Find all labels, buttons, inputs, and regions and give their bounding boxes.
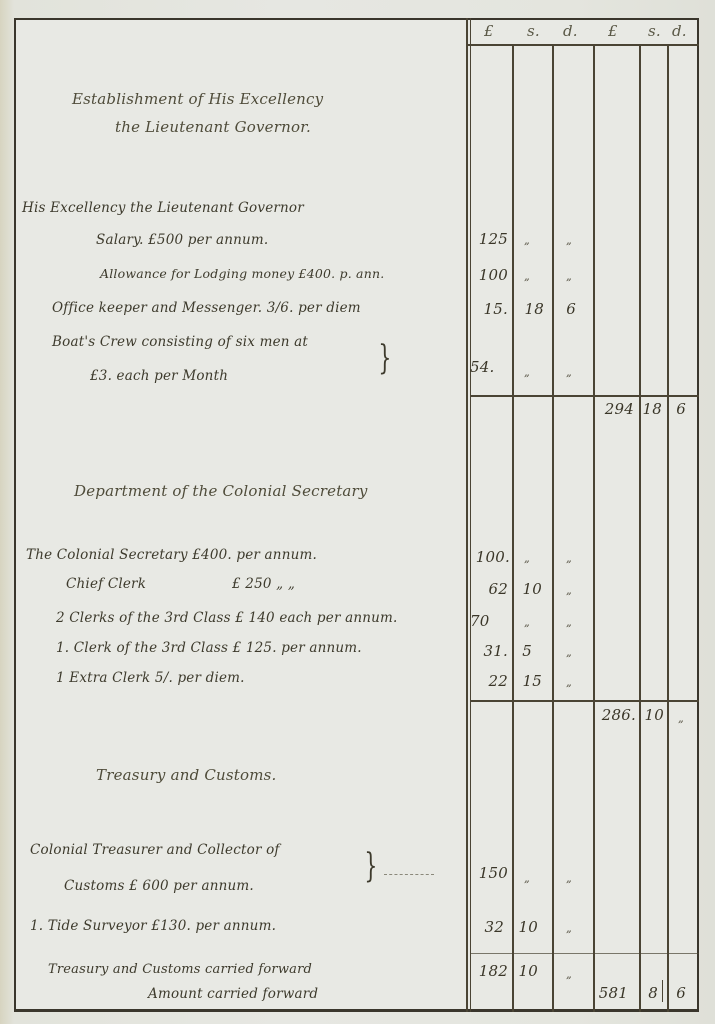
amount-carried-forward-shillings: 8 — [644, 984, 658, 1002]
column-rule-shillings — [512, 45, 514, 1012]
ledger-frame — [14, 18, 699, 1012]
entry-lodging: Allowance for Lodging money £400. p. ann… — [100, 266, 384, 281]
column-rule-main — [466, 18, 468, 1012]
column-rule-total-shillings — [639, 45, 641, 1012]
entry-extra-clerk-pence: „ — [566, 676, 572, 689]
entry-tide-surveyor: 1. Tide Surveyor £130. per annum. — [30, 918, 276, 934]
entry-clerks-3rd-class-140-shillings: „ — [524, 616, 530, 629]
entry-salary-shillings: „ — [524, 234, 530, 247]
section-2-total-pounds: 286. — [596, 706, 636, 724]
section-1-title-line1: Establishment of His Excellency — [72, 90, 323, 108]
carried-forward-separator — [662, 980, 663, 1002]
entry-clerks-3rd-class-140-pounds: 70 — [470, 612, 498, 630]
entry-colonial-treasurer-line1: Colonial Treasurer and Collector of — [30, 842, 280, 858]
entry-extra-clerk-shillings: 15 — [516, 672, 542, 690]
entry-boat-crew-line2: £3. each per Month — [90, 368, 228, 384]
column-rule-total-pence — [667, 45, 669, 1012]
entry-colonial-treasurer-shillings: „ — [524, 872, 530, 885]
entry-clerk-3rd-class-125-shillings: 5 — [516, 642, 532, 660]
section-2-title: Department of the Colonial Secretary — [74, 482, 368, 500]
treasury-carried-forward-pounds: 182 — [474, 962, 508, 980]
entry-boat-crew-pounds: 54. — [470, 358, 498, 376]
amount-carried-forward: Amount carried forward — [148, 986, 318, 1002]
entry-colonial-secretary-shillings: „ — [524, 552, 530, 565]
entry-extra-clerk-pounds: 22 — [474, 672, 508, 690]
entry-clerk-3rd-class-125-pounds: 31. — [474, 642, 508, 660]
column-rule-main-double — [470, 18, 471, 1012]
entry-extra-clerk: 1 Extra Clerk 5/. per diem. — [56, 670, 245, 686]
entry-clerks-3rd-class-140: 2 Clerks of the 3rd Class £ 140 each per… — [56, 610, 398, 626]
entry-chief-clerk: Chief Clerk — [66, 576, 146, 592]
entry-clerk-3rd-class-125: 1. Clerk of the 3rd Class £ 125. per ann… — [56, 640, 362, 656]
section-2-total-shillings: 10 — [642, 706, 664, 724]
entry-chief-clerk-pence: „ — [566, 584, 572, 597]
section-1-title-line2: the Lieutenant Governor. — [115, 118, 311, 136]
entry-chief-clerk-pounds: 62 — [474, 580, 508, 598]
entry-boat-crew-line1: Boat's Crew consisting of six men at — [52, 334, 308, 350]
entry-colonial-treasurer-pence: „ — [566, 872, 572, 885]
header-shillings: s. — [527, 22, 540, 40]
header-total-pounds: £ — [608, 22, 618, 40]
entry-lodging-shillings: „ — [524, 270, 530, 283]
entry-office-keeper-shillings: 18 — [516, 300, 544, 318]
entry-lodging-pounds: 100 — [474, 266, 508, 284]
subtotal-rule-1 — [470, 395, 699, 397]
entry-salary-pounds: 125 — [474, 230, 508, 248]
entry-colonial-secretary: The Colonial Secretary £400. per annum. — [26, 547, 317, 563]
entry-colonial-treasurer-line2: Customs £ 600 per annum. — [64, 878, 254, 894]
entry-tide-surveyor-shillings: 10 — [516, 918, 538, 936]
entry-lodging-pence: „ — [566, 270, 572, 283]
subtotal-rule-3 — [470, 953, 699, 954]
header-pence: d. — [563, 22, 578, 40]
treasury-carried-forward: Treasury and Customs carried forward — [48, 962, 312, 977]
entry-tide-surveyor-pounds: 32 — [474, 918, 504, 936]
entry-chief-clerk-rate: £ 250 „ „ — [232, 576, 295, 592]
section-2-total-pence: „ — [678, 712, 684, 725]
section-1-total-pounds: 294 — [596, 400, 634, 418]
entry-salary-pence: „ — [566, 234, 572, 247]
leader-dash — [384, 874, 434, 875]
brace-boat-crew: } — [378, 338, 391, 378]
entry-office-keeper: Office keeper and Messenger. 3/6. per di… — [52, 300, 361, 316]
section-1-total-pence: 6 — [672, 400, 686, 418]
section-3-title: Treasury and Customs. — [96, 766, 277, 784]
entry-office-keeper-pounds: 15. — [474, 300, 508, 318]
entry-colonial-secretary-pounds: 100. — [470, 548, 510, 566]
section-1-total-shillings: 18 — [642, 400, 662, 418]
entry-boat-crew-shillings: „ — [524, 366, 530, 379]
entry-colonial-treasurer-pounds: 150 — [474, 864, 508, 882]
ledger-page: £ s. d. £ s. d. Establishment of His Exc… — [0, 0, 715, 1024]
treasury-carried-forward-shillings: 10 — [516, 962, 538, 980]
amount-carried-forward-pence: 6 — [672, 984, 686, 1002]
header-total-shillings: s. — [648, 22, 661, 40]
header-pounds: £ — [484, 22, 494, 40]
brace-colonial-treasurer: } — [364, 846, 377, 886]
entry-tide-surveyor-pence: „ — [566, 922, 572, 935]
entry-salary: Salary. £500 per annum. — [96, 232, 268, 248]
entry-chief-clerk-shillings: 10 — [516, 580, 542, 598]
header-rule — [468, 44, 699, 46]
subtotal-rule-2 — [470, 700, 699, 702]
entry-boat-crew-pence: „ — [566, 366, 572, 379]
column-rule-totals — [593, 45, 595, 1012]
entry-clerk-3rd-class-125-pence: „ — [566, 646, 572, 659]
entry-office-keeper-pence: 6 — [556, 300, 576, 318]
header-total-pence: d. — [672, 22, 687, 40]
treasury-carried-forward-pence: „ — [566, 968, 572, 981]
column-rule-pence — [552, 45, 554, 1012]
section-1-header-entry: His Excellency the Lieutenant Governor — [22, 200, 304, 216]
entry-clerks-3rd-class-140-pence: „ — [566, 616, 572, 629]
entry-colonial-secretary-pence: „ — [566, 552, 572, 565]
amount-carried-forward-pounds: 581 — [596, 984, 628, 1002]
